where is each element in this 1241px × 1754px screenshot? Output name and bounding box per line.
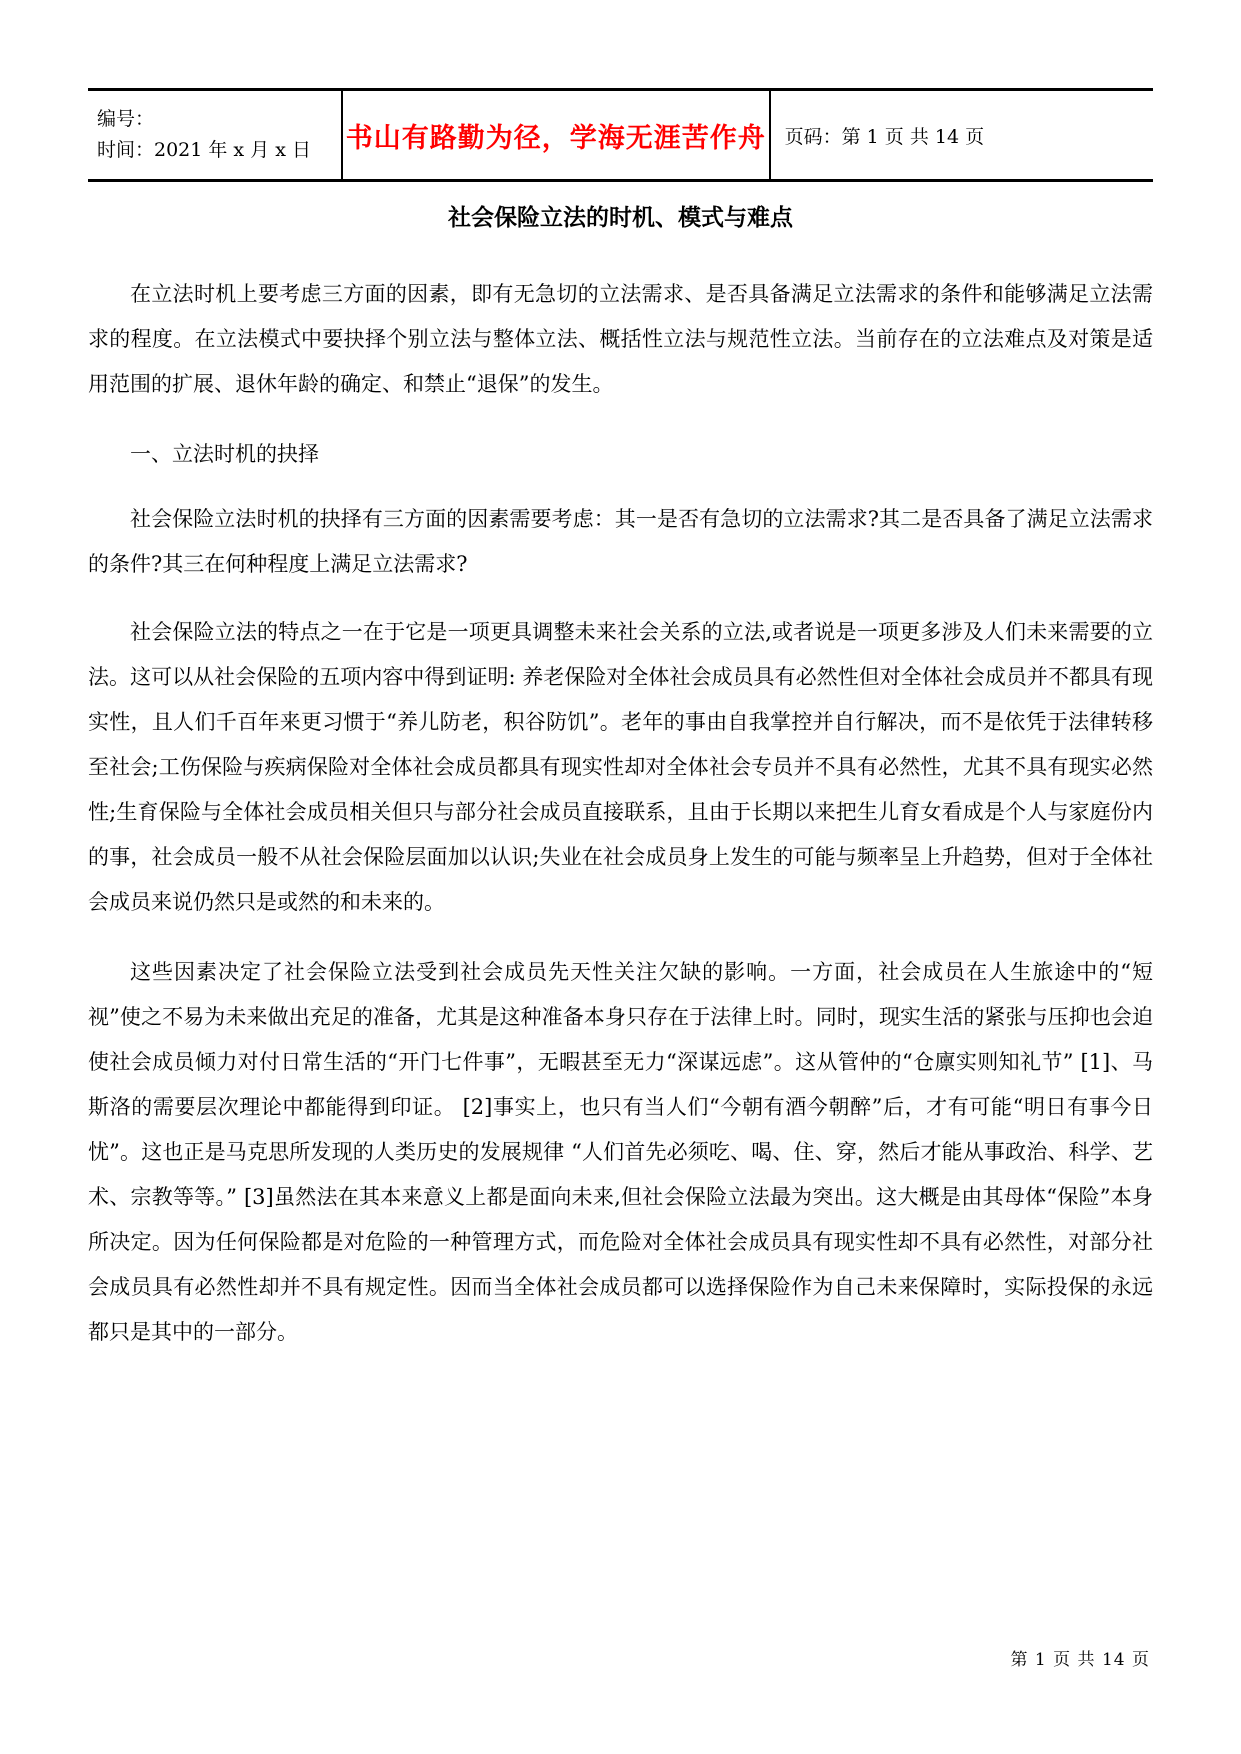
document-header-table: 编号： 时间：2021 年 x 月 x 日 书山有路勤为径，学海无涯苦作舟 页码… <box>88 88 1153 182</box>
header-left-cell: 编号： 时间：2021 年 x 月 x 日 <box>88 90 342 181</box>
document-body: 社会保险立法的时机、模式与难点 在立法时机上要考虑三方面的因素，即有无急切的立法… <box>88 182 1153 1355</box>
document-title: 社会保险立法的时机、模式与难点 <box>88 202 1153 234</box>
section-heading-1: 一、立法时机的抉择 <box>88 432 1153 477</box>
paragraph-five-insurances: 社会保险立法的特点之一在于它是一项更具调整未来社会关系的立法,或者说是一项更多涉… <box>88 610 1153 925</box>
paragraph-intro: 在立法时机上要考虑三方面的因素，即有无急切的立法需求、是否具备满足立法需求的条件… <box>88 272 1153 407</box>
page-footer: 第 1 页 共 14 页 <box>1011 1645 1150 1670</box>
document-page: 编号： 时间：2021 年 x 月 x 日 书山有路勤为径，学海无涯苦作舟 页码… <box>0 0 1241 1754</box>
header-page-cell: 页码：第 1 页 共 14 页 <box>770 90 1153 181</box>
header-slogan-text: 书山有路勤为径，学海无涯苦作舟 <box>343 116 769 155</box>
doc-number-label: 编号： <box>97 104 341 135</box>
header-row: 编号： 时间：2021 年 x 月 x 日 书山有路勤为径，学海无涯苦作舟 页码… <box>88 90 1153 181</box>
paragraph-timing-factors: 社会保险立法时机的抉择有三方面的因素需要考虑：其一是否有急切的立法需求?其二是否… <box>88 497 1153 587</box>
doc-date-label: 时间：2021 年 x 月 x 日 <box>97 135 341 166</box>
header-page-number-label: 页码：第 1 页 共 14 页 <box>785 122 1153 149</box>
paragraph-member-attention: 这些因素决定了社会保险立法受到社会成员先天性关注欠缺的影响。一方面，社会成员在人… <box>88 950 1153 1355</box>
header-slogan-cell: 书山有路勤为径，学海无涯苦作舟 <box>342 90 770 181</box>
